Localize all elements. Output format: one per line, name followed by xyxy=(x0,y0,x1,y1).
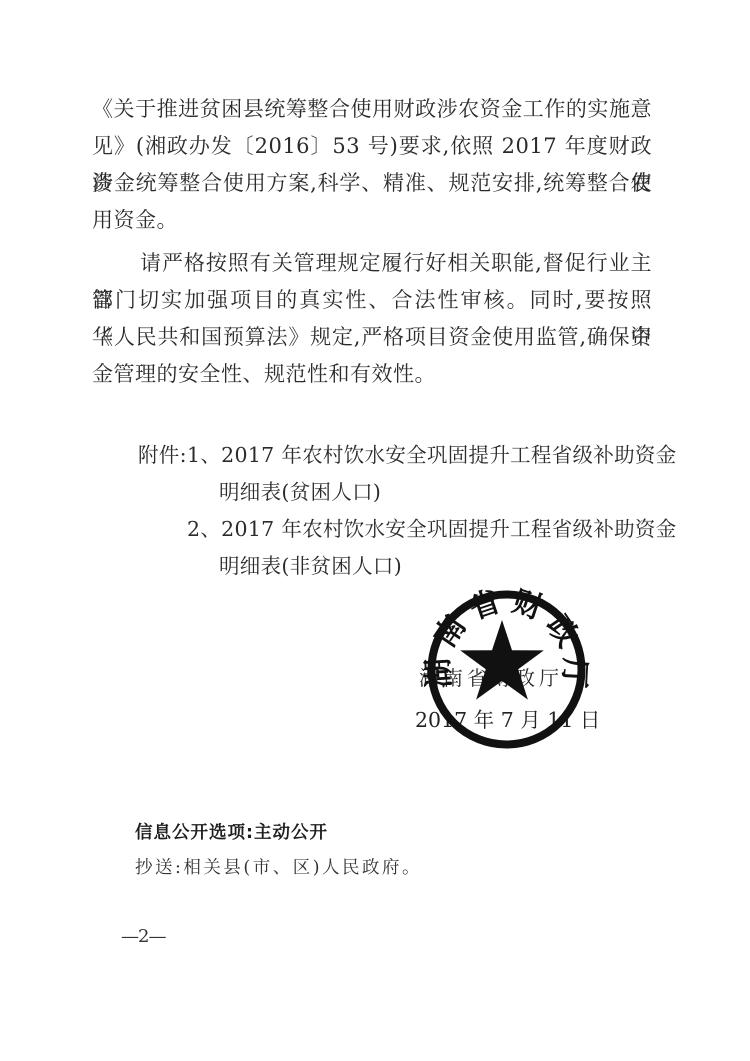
cc-note: 抄送:相关县(市、区)人民政府。 xyxy=(135,854,422,879)
seal-star-icon xyxy=(460,620,544,700)
body-line: 部门切实加强项目的真实性、合法性审核。同时,要按照《中 xyxy=(92,282,652,319)
body-line: 请严格按照有关管理规定履行好相关职能,督促行业主管 xyxy=(92,245,652,282)
attachment-item-2-title: 2、2017 年农村饮水安全巩固提升工程省级补助资金 xyxy=(138,511,677,548)
attachment-list: 附件: 1、2017 年农村饮水安全巩固提升工程省级补助资金 明细表(贫困人口)… xyxy=(138,437,678,585)
body-line: 华人民共和国预算法》规定,严格项目资金使用监管,确保资 xyxy=(92,319,652,356)
attachment-item-1-subtitle: 明细表(贫困人口) xyxy=(138,474,381,511)
attachment-line-4: 明细表(非贫困人口) xyxy=(138,548,678,585)
attachment-label: 附件: xyxy=(138,437,187,474)
official-seal: 湖南省财政厅 xyxy=(421,587,591,757)
body-line: 《关于推进贫困县统筹整合使用财政涉农资金工作的实施意 xyxy=(92,91,652,128)
attachment-item-1-title: 1、2017 年农村饮水安全巩固提升工程省级补助资金 xyxy=(138,437,677,474)
document-page: 《关于推进贫困县统筹整合使用财政涉农资金工作的实施意 见》(湘政办发〔2016〕… xyxy=(0,0,750,1061)
body-line: 金管理的安全性、规范性和有效性。 xyxy=(92,356,652,393)
attachment-line-2: 明细表(贫困人口) xyxy=(138,474,678,511)
body-line: 见》(湘政办发〔2016〕53 号)要求,依照 2017 年度财政涉农 xyxy=(92,128,652,165)
attachment-item-2-subtitle: 明细表(非贫困人口) xyxy=(138,548,402,585)
body-line: 用资金。 xyxy=(92,202,652,239)
paragraph-1: 《关于推进贫困县统筹整合使用财政涉农资金工作的实施意 见》(湘政办发〔2016〕… xyxy=(92,91,652,239)
attachment-line-1: 附件: 1、2017 年农村饮水安全巩固提升工程省级补助资金 xyxy=(138,437,678,474)
disclosure-note: 信息公开选项:主动公开 xyxy=(135,819,328,844)
body-line: 资金统筹整合使用方案,科学、精准、规范安排,统筹整合使 xyxy=(92,165,652,202)
page-number: —2— xyxy=(121,926,165,947)
paragraph-2: 请严格按照有关管理规定履行好相关职能,督促行业主管 部门切实加强项目的真实性、合… xyxy=(92,245,652,393)
attachment-line-3: 2、2017 年农村饮水安全巩固提升工程省级补助资金 xyxy=(138,511,678,548)
